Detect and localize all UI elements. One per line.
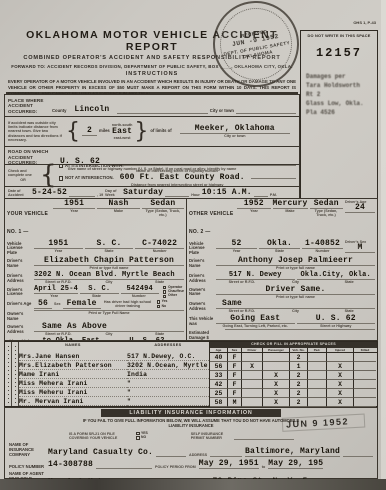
- year-hint: Year: [216, 249, 257, 253]
- direction-value: East: [112, 128, 132, 136]
- driver-address-street: 517 N. Dewey: [216, 272, 295, 280]
- veh-cell: 2: [289, 380, 307, 389]
- driver-cell: [241, 380, 262, 389]
- hour-label: Hour: [191, 193, 200, 197]
- self-insurance-label: SELF INSURANCE PERMIT NUMBER: [191, 432, 231, 440]
- number-hint: Number: [135, 249, 184, 253]
- date-value: 5-24-52: [32, 189, 67, 197]
- vehicle-2-owner-name-row: Owner's Name Driver Same. Print or type …: [189, 286, 375, 299]
- age-cell: 42: [210, 380, 227, 389]
- page-edge-bottom: [0, 479, 386, 490]
- driver-name-value: Elizabeth Chapin Patterson: [34, 257, 184, 266]
- type-hint: Type (Sedan, Truck, etc.): [309, 209, 343, 217]
- owner-name-value: Driver Same.: [216, 286, 375, 295]
- vehicle-1-year: 1951: [53, 200, 95, 209]
- driver-age-label: Driver's Age: [7, 300, 32, 309]
- type-hint: Type (Sedan, Truck, etc.): [142, 209, 184, 217]
- pencil-note-line: Tara Holdsworth: [306, 81, 375, 90]
- movement-hint: Going East, Turning Left, Parked, etc.: [216, 324, 295, 328]
- driver-cell: [241, 371, 262, 380]
- day-of-week-label: Day of Week: [105, 189, 121, 197]
- make-hint: Make: [273, 209, 307, 217]
- page-edge-right: [381, 0, 386, 490]
- passenger-cell: X: [262, 389, 289, 398]
- state-hint: State: [323, 280, 375, 284]
- killed-cell: [353, 353, 376, 362]
- driver-cell: [241, 398, 262, 407]
- highway-hint: Street or Highway: [297, 324, 376, 328]
- person-name: Mrs.Jane Hansen: [19, 354, 80, 360]
- age-cell: 33: [210, 371, 227, 380]
- veh-cell: 2: [289, 371, 307, 380]
- veh-no-column-header: Veh. No.: [289, 348, 307, 353]
- injured-column-header: Injured: [326, 348, 353, 353]
- plate-number: C-74022: [135, 240, 184, 249]
- sex-cell: F: [227, 389, 241, 398]
- street-hint: Street or R.F.D.: [34, 280, 83, 284]
- do-not-write-box: DO NOT WRITE IN THIS SPACE 12157 Damages…: [300, 30, 378, 199]
- state-hint: State: [76, 294, 116, 298]
- vehicle-2-year: 1952: [237, 200, 271, 209]
- ped-cell: [307, 389, 326, 398]
- insurance-warning: IF YOU FAIL TO GIVE FULL INFORMATION BEL…: [76, 418, 306, 429]
- nearest-town-value: Meeker, Oklahoma: [195, 125, 275, 133]
- killed-cell: [353, 380, 376, 389]
- miles-label: miles: [99, 129, 110, 134]
- place-label: PLACE WHERE ACCIDENT OCCURRED:: [8, 98, 50, 115]
- person-name: Mr. Mervan Irani: [19, 399, 84, 405]
- ped-cell: [307, 371, 326, 380]
- driver-address-label: Driver's Address: [189, 272, 214, 284]
- vehicle-1-driver-address-row: Driver's Address 3202 N. Ocean Blvd. Myr…: [7, 272, 184, 284]
- direction-hint-bottom: east-west: [114, 136, 131, 140]
- ped-cell: [307, 380, 326, 389]
- addresses-header: ADDRESSES: [127, 342, 209, 352]
- injured-cell: [326, 353, 353, 362]
- date-received-stamp: JUN 9 1952: [286, 416, 349, 429]
- check-grid-row: 33 F X 2 X: [210, 371, 377, 380]
- training-yes-checkbox: [157, 300, 161, 304]
- ped-cell: [307, 353, 326, 362]
- sex-column-header: Sex: [227, 348, 241, 353]
- person-name: Miss Mehera Irani: [19, 381, 88, 387]
- number-hint: Number: [302, 249, 343, 253]
- highway-value: U. S. 62: [110, 338, 184, 340]
- driver-column-header: Driver: [241, 348, 262, 353]
- report-number: 12157: [303, 46, 375, 60]
- names-column: NAMES Mrs.Jane Hansen Mrs.Elizabeth Patt…: [19, 342, 127, 406]
- killed-cell: [353, 398, 376, 407]
- intersection-distance-value: 600 Ft. East County Road.: [116, 174, 249, 182]
- vehicle-1-header-row: YOUR VEHICLE NO. 1 — 1951 Nash Sedan Yea…: [7, 200, 184, 238]
- driver-cell: [241, 389, 262, 398]
- driver-name-label: Driver's Name: [7, 257, 32, 270]
- city-hint: City: [270, 309, 322, 313]
- plate-year: 1951: [34, 240, 83, 249]
- street-hint: Street or R.F.D.: [34, 332, 83, 336]
- make-hint: Make: [97, 209, 139, 217]
- sex-cell: M: [227, 398, 241, 407]
- age-column-header: Age: [210, 348, 227, 353]
- chauffeur-checkbox: [163, 290, 167, 294]
- sr21-question: IS A FORM SR-21 ON FILE COVERING YOUR VE…: [69, 432, 131, 440]
- sex-cell: F: [227, 380, 241, 389]
- vehicle-1-license-row: Driver's License April 25-4 S. C. 542494…: [7, 286, 184, 299]
- intersection-brace: {: [40, 164, 57, 187]
- sex-label: Sex: [54, 302, 61, 306]
- person-address: 517 N.Dewey, O.C.: [127, 354, 196, 360]
- names-header: NAMES: [19, 342, 127, 352]
- vehicle-1-driver-name-row: Driver's Name Elizabeth Chapin Patterson…: [7, 257, 184, 270]
- vehicle-2-column: OTHER VEHICLE NO. 2 — 1952 Mercury Sedan…: [187, 199, 377, 340]
- veh-cell: 2: [289, 398, 307, 407]
- check-grid-row: 56 F X 1 X: [210, 362, 377, 371]
- insurance-company-label: NAME OF INSURANCE COMPANY: [9, 443, 45, 457]
- state-hint: State: [323, 309, 375, 313]
- pm-label: P.M.: [270, 193, 277, 197]
- license-state: S. C.: [80, 286, 118, 294]
- veh-cell: 2: [289, 353, 307, 362]
- pencil-note-line: Damages per: [306, 72, 375, 81]
- passenger-cell: X: [262, 398, 289, 407]
- passenger-column-header: Passenger: [262, 348, 289, 353]
- margin-ruling: [5, 342, 12, 406]
- ped-cell: [307, 398, 326, 407]
- name-hint: Print or Type Full Name: [34, 311, 184, 315]
- driver-name-label: Driver's Name: [189, 257, 214, 270]
- vehicle-1-owner-name-row: Owner's Name Print or Type Full Name: [7, 310, 184, 322]
- vehicle-2-damage-row: Estimated Damage $: [189, 329, 375, 340]
- at-intersection-checkbox: [59, 164, 64, 169]
- county-value: Lincoln: [68, 106, 115, 114]
- hour-value: 10:15 A.M.: [202, 189, 252, 197]
- nearest-town-hint: City or town: [224, 134, 245, 138]
- person-name: Miss Meheru Irani: [19, 390, 88, 396]
- highway-value: U. S. 62: [297, 315, 376, 324]
- do-not-write-label: DO NOT WRITE IN THIS SPACE: [303, 33, 375, 38]
- year-hint: Year: [53, 209, 95, 217]
- sr21-yes-checkbox: [136, 432, 140, 436]
- year-prefix: , 19: [97, 193, 103, 197]
- passenger-cell: X: [262, 380, 289, 389]
- vehicle-1-movement-row: This Vehicle was to Okla. East U. S. 62 …: [7, 338, 184, 340]
- injured-cell: X: [326, 380, 353, 389]
- ped-column-header: Ped.: [307, 348, 326, 353]
- vehicle-2-driver-name-row: Driver's Name Anthony Josep Palmieerr Pr…: [189, 257, 375, 270]
- policy-period-label: POLICY PERIOD FROM: [155, 465, 196, 469]
- distance-note: If accident was outside city limits indi…: [8, 121, 64, 141]
- injured-cell: X: [326, 371, 353, 380]
- state-hint: State: [85, 249, 134, 253]
- owner-address-value: Same: [216, 300, 375, 309]
- plate-label: Vehicle License Plate: [189, 240, 214, 256]
- driver-address-city: Okla.City, Okla.: [297, 272, 376, 280]
- at-intersection-label: AT ITS INTERSECTION WITH:: [65, 164, 124, 169]
- person-address: ": [127, 381, 131, 387]
- vehicle-2-header-row: OTHER VEHICLE NO. 2 — 1952 Mercury Sedan…: [189, 200, 375, 238]
- driver-sex-value: Female: [63, 300, 101, 309]
- stamp-date: JUN -9 1952: [232, 33, 280, 48]
- sr21-no-checkbox: [136, 436, 140, 440]
- check-grid-row: 58 M X 2 X: [210, 398, 377, 407]
- killed-cell: [353, 371, 376, 380]
- person-address: ": [127, 390, 131, 396]
- intersection-section: Check and complete one OR { AT ITS INTER…: [4, 164, 300, 187]
- policy-period-from: May 29, 1951: [199, 460, 259, 469]
- plate-number: 1-40852: [302, 240, 343, 249]
- vehicle-was-label: This Vehicle was: [189, 315, 214, 328]
- plate-year: 52: [216, 240, 257, 249]
- estimated-damage-label: Estimated Damage $: [189, 329, 223, 340]
- injured-cell: X: [326, 362, 353, 371]
- distance-section: If accident was outside city limits indi…: [4, 116, 300, 147]
- vehicle-1-type: Sedan: [142, 200, 184, 209]
- check-one-label: Check and complete one: [8, 169, 38, 177]
- close-brace: }: [134, 122, 148, 142]
- vehicle-was-label: This Vehicle was: [7, 338, 32, 340]
- policy-number-value: 14-308788: [48, 461, 93, 469]
- to-label: to: [262, 465, 265, 469]
- license-number: 542494: [121, 286, 159, 294]
- place-section: PLACE WHERE ACCIDENT OCCURRED: County Li…: [4, 94, 300, 117]
- not-at-intersection-label: NOT AT INTERSECTION.: [65, 176, 114, 181]
- open-brace: {: [66, 122, 80, 142]
- vehicle-2-plate-row: Vehicle License Plate 52 Okla. 1-40852 Y…: [189, 240, 375, 256]
- check-grid-row: 25 F X 2 X: [210, 389, 377, 398]
- stamp-line: RECEIVED: [241, 29, 268, 39]
- year-hint: Year: [34, 249, 83, 253]
- driver-cell: X: [241, 362, 262, 371]
- owner-name-label: Owner's Name: [189, 286, 214, 299]
- person-name: Mrs.Elizabeth Patterson: [19, 363, 112, 369]
- veh-cell: 1: [289, 362, 307, 371]
- driver-address-label: Driver's Address: [7, 272, 32, 284]
- vehicle-1-header: YOUR VEHICLE NO. 1 —: [7, 211, 48, 235]
- city-hint: City: [270, 280, 322, 284]
- name-hint: Print or type full name: [34, 266, 184, 270]
- city-hint: City: [85, 280, 134, 284]
- vehicle-1-column: YOUR VEHICLE NO. 1 — 1951 Nash Sedan Yea…: [5, 199, 187, 340]
- driver-license-label: Driver's License: [7, 286, 32, 299]
- form-code: OHS 1, P-43: [353, 20, 376, 25]
- driver-age-value: 56: [34, 300, 52, 309]
- city-label: City or town: [210, 109, 234, 114]
- vehicle-2-movement-row: This Vehicle was Going East U. S. 62 Goi…: [189, 315, 375, 328]
- sex-cell: F: [227, 371, 241, 380]
- check-grid-row: 40 F 2: [210, 353, 377, 362]
- age-cell: 56: [210, 362, 227, 371]
- driver-cell: [241, 353, 262, 362]
- ped-cell: [307, 362, 326, 371]
- driver-age-value: 24: [345, 204, 375, 213]
- license-year: April 25-4: [34, 286, 78, 294]
- age-cell: 40: [210, 353, 227, 362]
- driver-name-value: Anthony Josep Palmieerr: [216, 257, 375, 266]
- pencil-note-line: Pla 4526: [306, 108, 375, 117]
- vehicles-section: YOUR VEHICLE NO. 1 — 1951 Nash Sedan Yea…: [4, 198, 378, 341]
- year-hint: Year: [237, 209, 271, 217]
- license-class-checkboxes: Operator Chauffeur Other: [161, 286, 184, 299]
- vehicle-1-owner-address-row: Owner's Address Same As Above Street or …: [7, 323, 184, 336]
- other-label: Other: [168, 294, 177, 298]
- pencil-note-line: Glass Low, Okla.: [306, 99, 375, 108]
- driver-address-value: 3202 N. Ocean Blvd. Myrtle Beach: [34, 272, 184, 280]
- miles-value: 2: [82, 127, 97, 136]
- no-label: No: [162, 305, 167, 309]
- driver-sex-value: M: [345, 244, 375, 253]
- vehicle-2-make: Mercury: [273, 200, 308, 209]
- owner-address-label: Owner's Address: [7, 323, 32, 336]
- date-label: Date of Accident: [8, 189, 30, 197]
- or-label: OR: [20, 178, 26, 182]
- day-of-week-value: Saturday: [123, 189, 163, 197]
- number-hint: Number: [119, 294, 159, 298]
- person-name: Mame Irani: [19, 372, 59, 378]
- owner-address-value: Same As Above: [34, 323, 184, 332]
- insurance-company-city: Baltimore, Maryland: [245, 448, 340, 457]
- policy-period-to: May 29, 195: [268, 460, 323, 469]
- plate-label: Vehicle License Plate: [7, 240, 32, 256]
- passenger-cell: [262, 353, 289, 362]
- injured-cell: X: [326, 389, 353, 398]
- persons-table: NAMES Mrs.Jane Hansen Mrs.Elizabeth Patt…: [4, 341, 378, 407]
- state-hint: State: [135, 280, 184, 284]
- vehicle-1-make: Nash: [97, 200, 139, 209]
- age-cell: 58: [210, 398, 227, 407]
- street-hint: Street or R.F.D.: [216, 280, 268, 284]
- owner-address-label: Owner's Address: [189, 300, 214, 313]
- of-limits-label: of limits of: [150, 129, 171, 134]
- training-no-checkbox: [157, 305, 161, 309]
- killed-column-header: Killed: [353, 348, 376, 353]
- year-hint: Year: [34, 294, 74, 298]
- other-checkbox: [163, 295, 167, 299]
- killed-cell: [353, 362, 376, 371]
- passenger-cell: X: [262, 371, 289, 380]
- address-label: ADDRESS: [189, 453, 207, 457]
- vehicle-1-age-row: Driver's Age 56 Sex Female Has driver ha…: [7, 300, 184, 309]
- state-hint: State: [259, 249, 300, 253]
- training-question: Has driver had high school driver traini…: [103, 300, 153, 308]
- name-hint: Print or type full name: [216, 266, 375, 270]
- passenger-cell: [262, 362, 289, 371]
- addresses-column: ADDRESSES 517 N.Dewey, O.C. 3202 N.Ocean…: [127, 342, 209, 406]
- plate-state: Okla.: [259, 240, 300, 249]
- stamp-line: DEPT. OF PUBLIC SAFETY: [223, 40, 290, 57]
- name-hint: Print or type full name: [216, 295, 375, 299]
- veh-cell: 2: [289, 389, 307, 398]
- insurance-title: LIABILITY INSURANCE INFORMATION: [101, 409, 281, 417]
- injured-cell: X: [326, 398, 353, 407]
- pencil-note-line: Rt 2: [306, 90, 375, 99]
- sex-cell: F: [227, 362, 241, 371]
- county-label: County: [52, 109, 66, 114]
- person-address: 3202 N.Ocean, Myrtle Bea: [127, 363, 209, 369]
- person-address: India: [127, 372, 147, 378]
- insurance-company-value: Maryland Casualty Co.: [48, 449, 153, 457]
- owner-name-label: Owner's Name: [7, 310, 32, 322]
- pencil-note: Damages per Tara Holdsworth Rt 2 Glass L…: [303, 72, 375, 117]
- vehicle-2-header: OTHER VEHICLE NO. 2 —: [189, 211, 233, 235]
- stamp-line: OKLAHOMA: [243, 49, 274, 59]
- not-at-intersection-checkbox: [59, 176, 64, 181]
- operator-checkbox: [163, 286, 167, 290]
- check-grid-row: 42 F X 2 X: [210, 380, 377, 389]
- policy-number-label: POLICY NUMBER: [9, 465, 45, 470]
- movement-value: to Okla. East: [34, 338, 108, 340]
- killed-cell: [353, 389, 376, 398]
- check-grid: CHECK OR FILL IN APPROPRIATE SPACES Age …: [209, 342, 377, 406]
- vehicle-2-owner-address-row: Owner's Address Same Street or R.F.D. Ci…: [189, 300, 375, 313]
- vehicle-2-driver-address-row: Driver's Address 517 N. Dewey Okla.City,…: [189, 272, 375, 284]
- person-address: ": [127, 399, 131, 405]
- sex-cell: F: [227, 353, 241, 362]
- margin-ruling: [12, 342, 19, 406]
- no-label: NO: [141, 436, 146, 440]
- vehicle-1-plate-row: Vehicle License Plate 1951 S. C. C-74022…: [7, 240, 184, 256]
- vehicle-2-type: Sedan: [310, 200, 344, 209]
- movement-value: Going East: [216, 315, 295, 324]
- insurance-section: LIABILITY INSURANCE INFORMATION IF YOU F…: [4, 407, 378, 479]
- accident-report-form: OKLAHOMA MOTOR VEHICLE ACCIDENT REPORT C…: [0, 0, 386, 490]
- plate-state: S. C.: [85, 240, 134, 249]
- city-hint: City: [85, 332, 134, 336]
- state-hint: State: [135, 332, 184, 336]
- age-cell: 25: [210, 389, 227, 398]
- street-hint: Street or R.F.D.: [216, 309, 268, 313]
